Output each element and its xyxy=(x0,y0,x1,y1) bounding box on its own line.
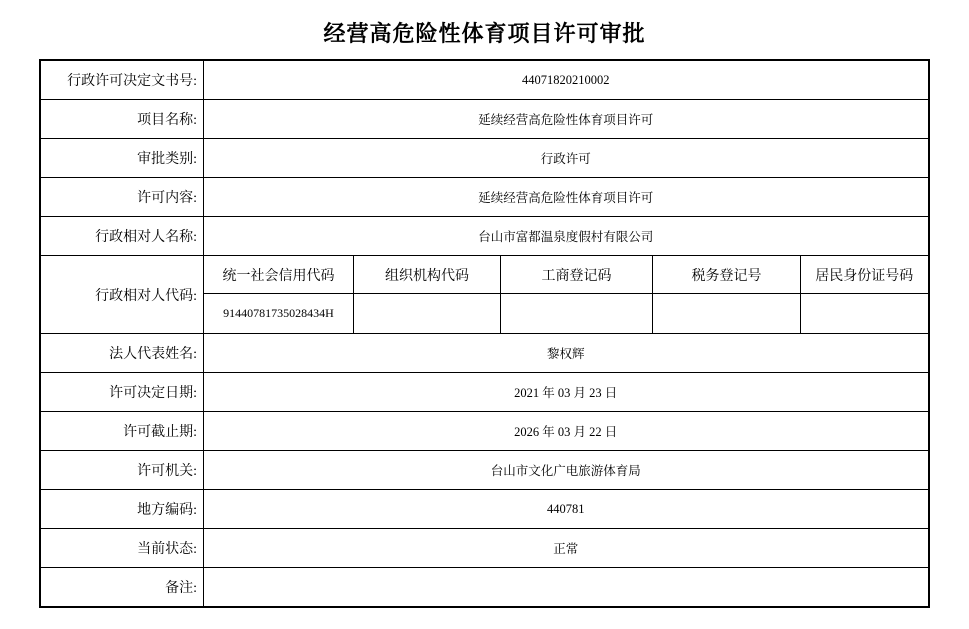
row-value-decision-date: 2021 年 03 月 23 日 xyxy=(203,373,928,412)
code-value-resident-id xyxy=(800,294,928,334)
row-label-legal-representative: 法人代表姓名: xyxy=(40,334,203,373)
code-value-tax-registration xyxy=(652,294,800,334)
table-row-document-number: 行政许可决定文书号: 44071820210002 xyxy=(40,60,928,100)
table-row-license-content: 许可内容: 延续经营高危险性体育项目许可 xyxy=(40,178,928,217)
code-header-unified-social-credit: 统一社会信用代码 xyxy=(203,256,353,294)
page-title: 经营高危险性体育项目许可审批 xyxy=(0,17,969,48)
table-row-expiry-date: 许可截止期: 2026 年 03 月 22 日 xyxy=(40,412,928,451)
row-value-local-code: 440781 xyxy=(203,490,928,529)
row-value-current-status: 正常 xyxy=(203,529,928,568)
row-label-approval-category: 审批类别: xyxy=(40,139,203,178)
row-value-licensing-authority: 台山市文化广电旅游体育局 xyxy=(203,451,928,490)
row-label-local-code: 地方编码: xyxy=(40,490,203,529)
code-header-business-registration: 工商登记码 xyxy=(500,256,652,294)
table-row-counterpart-name: 行政相对人名称: 台山市富都温泉度假村有限公司 xyxy=(40,217,928,256)
row-label-project-name: 项目名称: xyxy=(40,100,203,139)
code-value-organization xyxy=(353,294,500,334)
code-header-resident-id: 居民身份证号码 xyxy=(800,256,928,294)
table-row-approval-category: 审批类别: 行政许可 xyxy=(40,139,928,178)
row-value-approval-category: 行政许可 xyxy=(203,139,928,178)
table-row-project-name: 项目名称: 延续经营高危险性体育项目许可 xyxy=(40,100,928,139)
row-label-decision-date: 许可决定日期: xyxy=(40,373,203,412)
code-header-organization: 组织机构代码 xyxy=(353,256,500,294)
table-row-decision-date: 许可决定日期: 2021 年 03 月 23 日 xyxy=(40,373,928,412)
table-row-legal-representative: 法人代表姓名: 黎权辉 xyxy=(40,334,928,373)
table-row-licensing-authority: 许可机关: 台山市文化广电旅游体育局 xyxy=(40,451,928,490)
table-row-remarks: 备注: xyxy=(40,568,928,608)
row-label-licensing-authority: 许可机关: xyxy=(40,451,203,490)
row-value-remarks xyxy=(203,568,928,608)
row-label-counterpart-name: 行政相对人名称: xyxy=(40,217,203,256)
license-table: 行政许可决定文书号: 44071820210002 项目名称: 延续经营高危险性… xyxy=(39,59,929,608)
code-header-tax-registration: 税务登记号 xyxy=(652,256,800,294)
row-value-counterpart-name: 台山市富都温泉度假村有限公司 xyxy=(203,217,928,256)
row-label-remarks: 备注: xyxy=(40,568,203,608)
row-value-legal-representative: 黎权辉 xyxy=(203,334,928,373)
row-label-license-content: 许可内容: xyxy=(40,178,203,217)
row-label-current-status: 当前状态: xyxy=(40,529,203,568)
row-label-document-number: 行政许可决定文书号: xyxy=(40,60,203,100)
row-label-expiry-date: 许可截止期: xyxy=(40,412,203,451)
codes-header-row: 行政相对人代码: 统一社会信用代码 组织机构代码 工商登记码 税务登记号 居民身… xyxy=(40,256,928,294)
row-value-expiry-date: 2026 年 03 月 22 日 xyxy=(203,412,928,451)
code-value-unified-social-credit: 91440781735028434H xyxy=(203,294,353,334)
row-label-counterpart-codes: 行政相对人代码: xyxy=(40,256,203,334)
table-row-local-code: 地方编码: 440781 xyxy=(40,490,928,529)
row-value-document-number: 44071820210002 xyxy=(203,60,928,100)
row-value-project-name: 延续经营高危险性体育项目许可 xyxy=(203,100,928,139)
license-approval-page: 经营高危险性体育项目许可审批 行政许可决定文书号: 44071820210002… xyxy=(0,0,969,629)
row-value-license-content: 延续经营高危险性体育项目许可 xyxy=(203,178,928,217)
code-value-business-registration xyxy=(500,294,652,334)
table-row-current-status: 当前状态: 正常 xyxy=(40,529,928,568)
